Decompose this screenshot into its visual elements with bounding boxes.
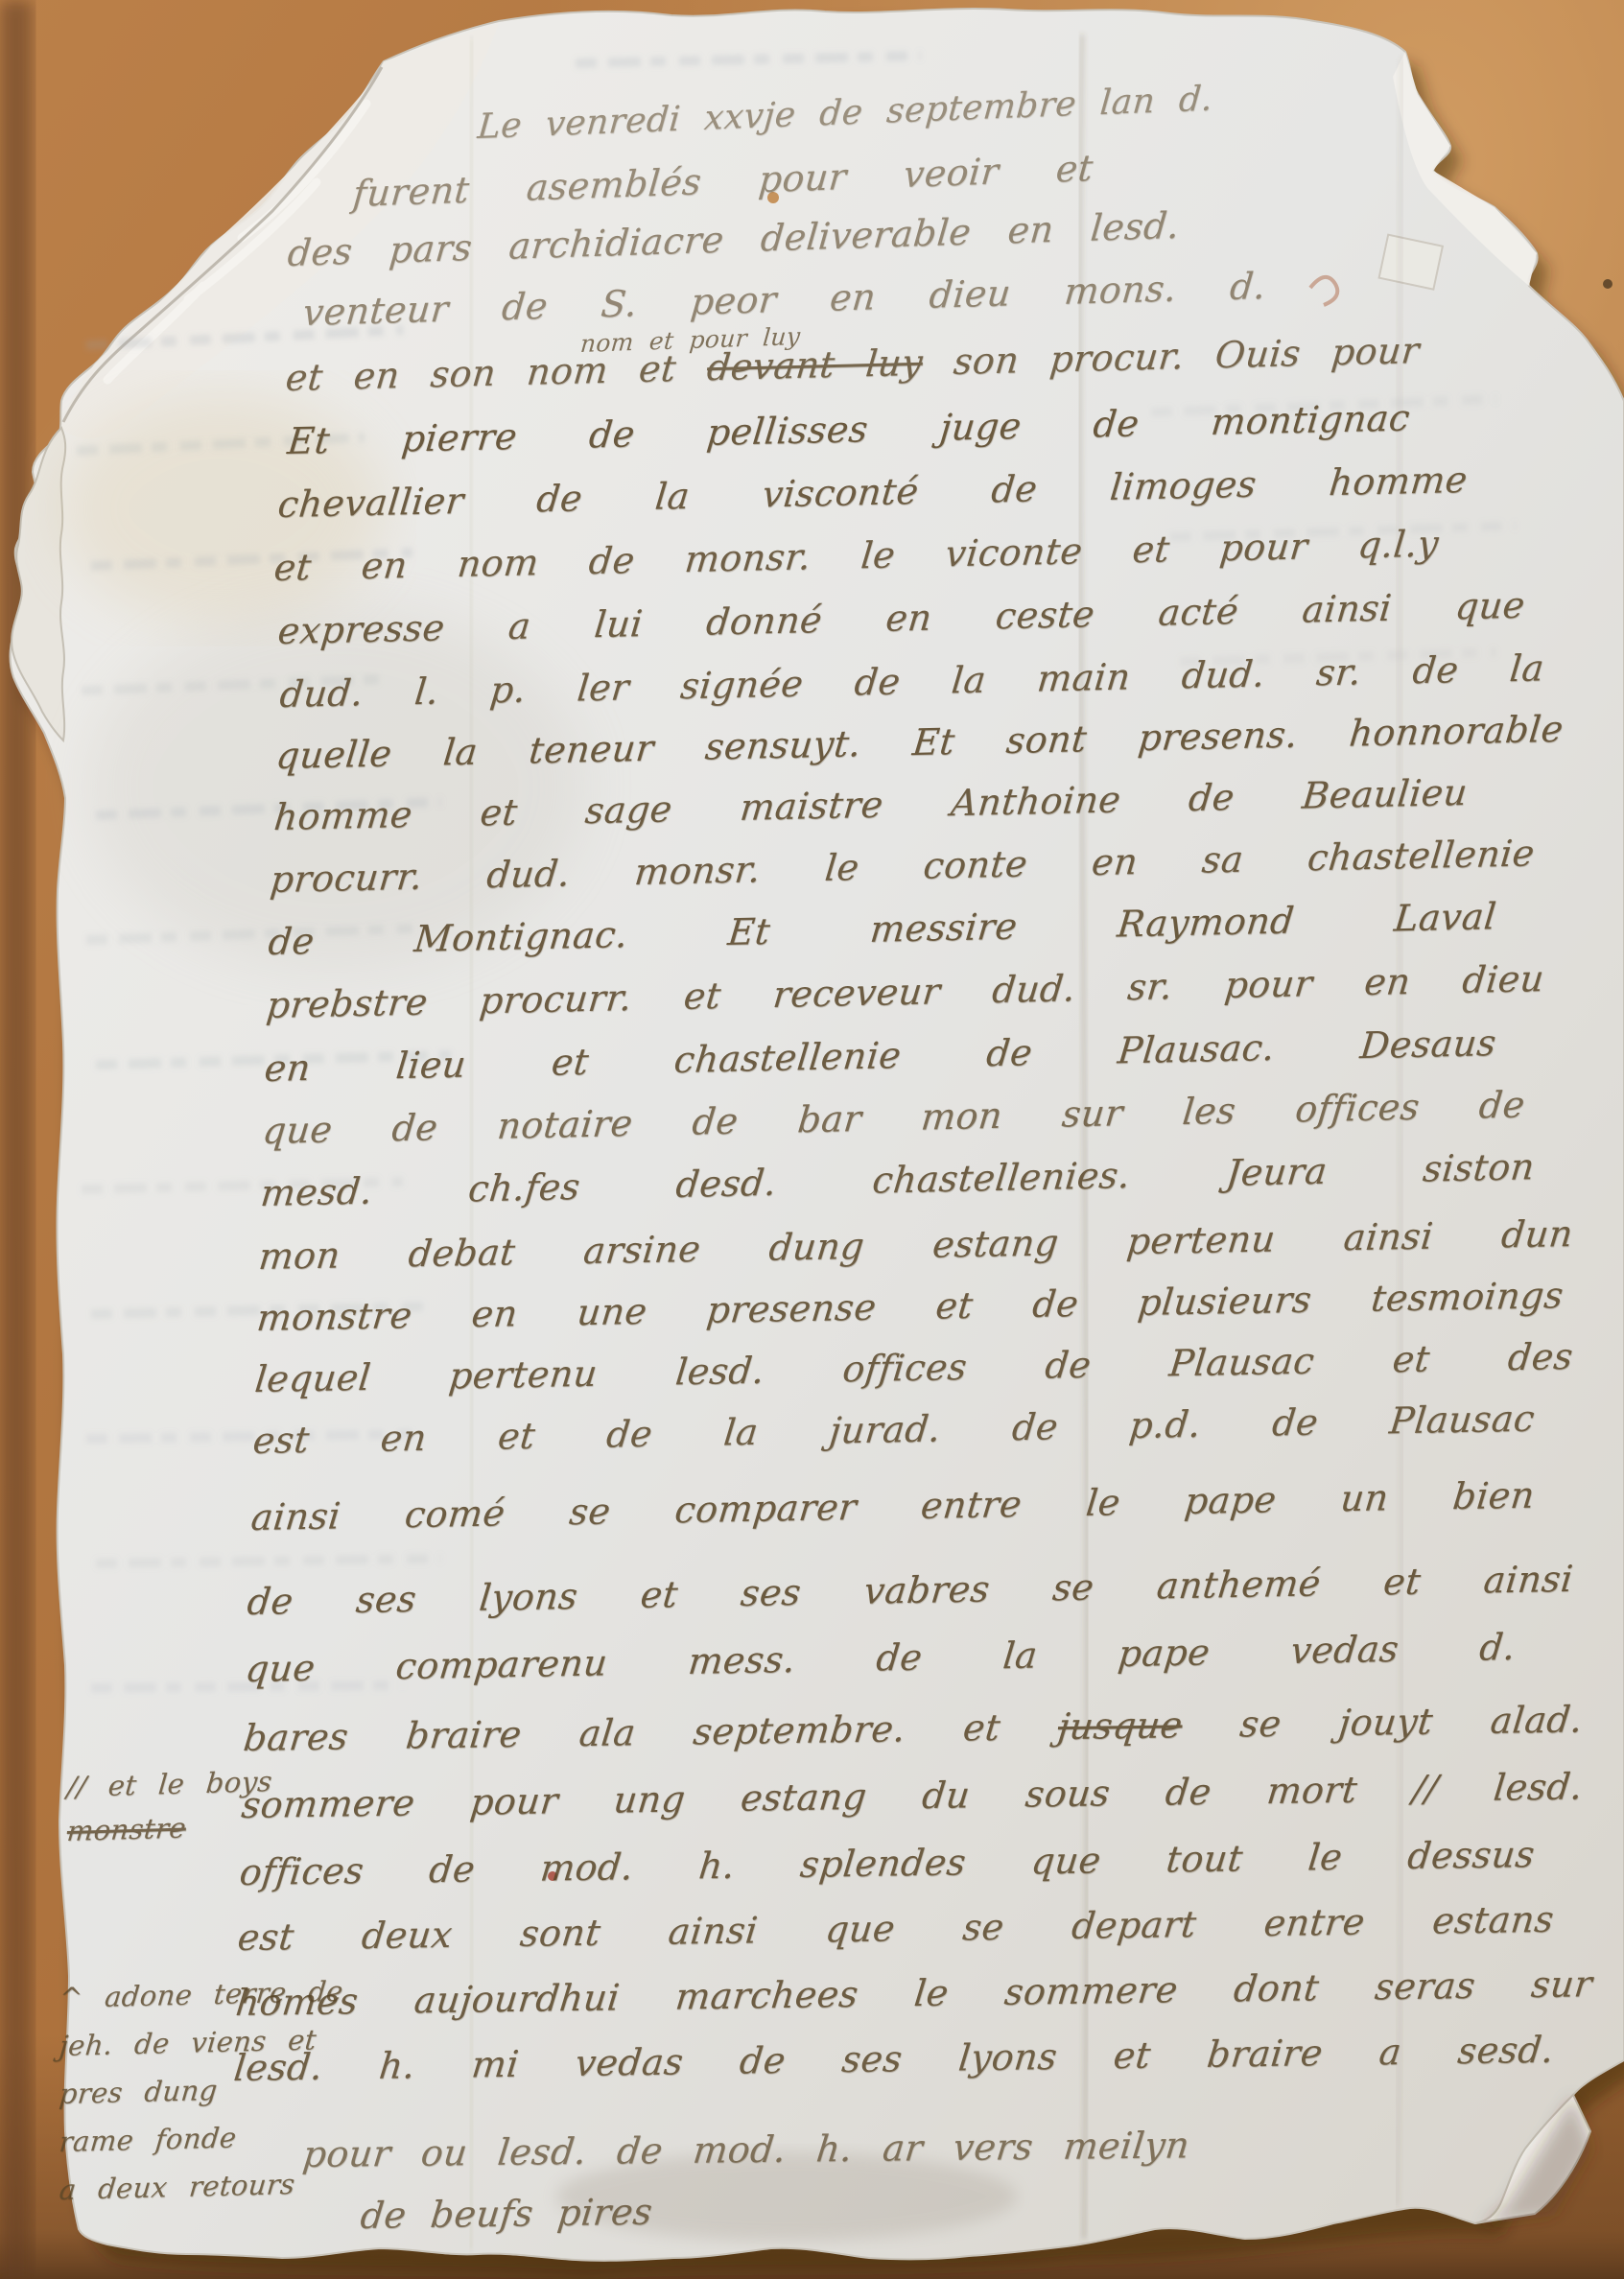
manuscript-text-line: bares braire ala septembre. et jusque se… bbox=[242, 1698, 1586, 1759]
manuscript-text-line: homes aujourdhui marchees le sommere don… bbox=[234, 1962, 1595, 2024]
manuscript-text-line: Le venredi xxvje de septembre lan d. bbox=[476, 83, 1114, 148]
manuscript-text-line: homme et sage maistre Anthoine de Beauli… bbox=[272, 771, 1470, 838]
manuscript-text-line: pour ou lesd. de mod. h. ar vers meilyn bbox=[301, 2124, 1192, 2175]
manuscript-text-line: monstre en une presense et de plusieurs … bbox=[255, 1274, 1565, 1339]
manuscript-text-line: mon debat arsine dung estang pertenu ain… bbox=[257, 1212, 1575, 1278]
manuscript-text-line: que comparenu mess. de la pape vedas d. bbox=[244, 1626, 1518, 1690]
text-layer: nom et pour luy Le venredi xxvje de sept… bbox=[0, 0, 1624, 2279]
manuscript-text-line: expresse a lui donné en ceste acté ainsi… bbox=[276, 584, 1527, 652]
manuscript-text-line: dud. l. p. ler signée de la main dud. sr… bbox=[278, 646, 1546, 716]
manuscript-text-line: de ses lyons et ses vabres se anthemé et… bbox=[246, 1558, 1575, 1623]
manuscript-text-line: mesd. ch.fes desd. chastellenies. Jeura … bbox=[259, 1145, 1537, 1214]
manuscript-text-line: est deux sont ainsi que se depart entre … bbox=[236, 1898, 1557, 1959]
manuscript-photo: nom et pour luy Le venredi xxvje de sept… bbox=[0, 0, 1624, 2279]
manuscript-text-line: chevallier de la visconté de limoges hom… bbox=[276, 458, 1470, 526]
margin-note-line: monstre bbox=[65, 1811, 187, 1847]
manuscript-text-line: procurr. dud. monsr. le conte en sa chas… bbox=[269, 832, 1537, 901]
manuscript-text-line: lesd. h. mi vedas de ses lyons et braire… bbox=[232, 2029, 1557, 2089]
manuscript-text-line: furent asemblés pour veoir et bbox=[351, 147, 1094, 215]
manuscript-text-line: et en nom de monsr. le viconte et pour q… bbox=[272, 523, 1441, 590]
manuscript-text-line: Et pierre de pellisses juge de montignac bbox=[286, 396, 1412, 462]
manuscript-text-line: prebstre procurr. et receveur dud. sr. p… bbox=[265, 957, 1546, 1026]
manuscript-text-line: quelle la teneur sensuyt. Et sont presen… bbox=[274, 708, 1565, 777]
manuscript-text-line: ainsi comé se comparer entre le pape un … bbox=[249, 1474, 1537, 1539]
margin-note-line: jeh. de viens et bbox=[58, 2023, 318, 2062]
manuscript-text-line: des pars archidiacre deliverable en lesd… bbox=[286, 204, 1182, 274]
manuscript-text-line: et en son nom et devant luy son procur. … bbox=[284, 329, 1422, 399]
margin-note-line: // et le boys bbox=[65, 1765, 273, 1803]
margin-note-line: a deux retours bbox=[58, 2168, 296, 2206]
manuscript-text-line: offices de mod. h. splendes que tout le … bbox=[238, 1833, 1538, 1893]
manuscript-text-line: de Montignac. Et messire Raymond Laval bbox=[267, 895, 1498, 963]
manuscript-text-line: en lieu et chastellenie de Plausac. Desa… bbox=[263, 1022, 1498, 1090]
manuscript-text-line: de beufs pires bbox=[359, 2188, 843, 2237]
margin-note-line: rame fonde bbox=[58, 2121, 238, 2158]
manuscript-text-line: est en et de la jurad. de p.d. de Plausa… bbox=[251, 1398, 1537, 1462]
manuscript-text-line: sommere pour ung estang du sous de mort … bbox=[240, 1765, 1586, 1826]
manuscript-text-line: lequel pertenu lesd. offices de Plausac … bbox=[253, 1335, 1575, 1400]
manuscript-text-line: que de notaire de bar mon sur les office… bbox=[261, 1083, 1527, 1152]
margin-note-line: pres dung bbox=[58, 2074, 219, 2110]
